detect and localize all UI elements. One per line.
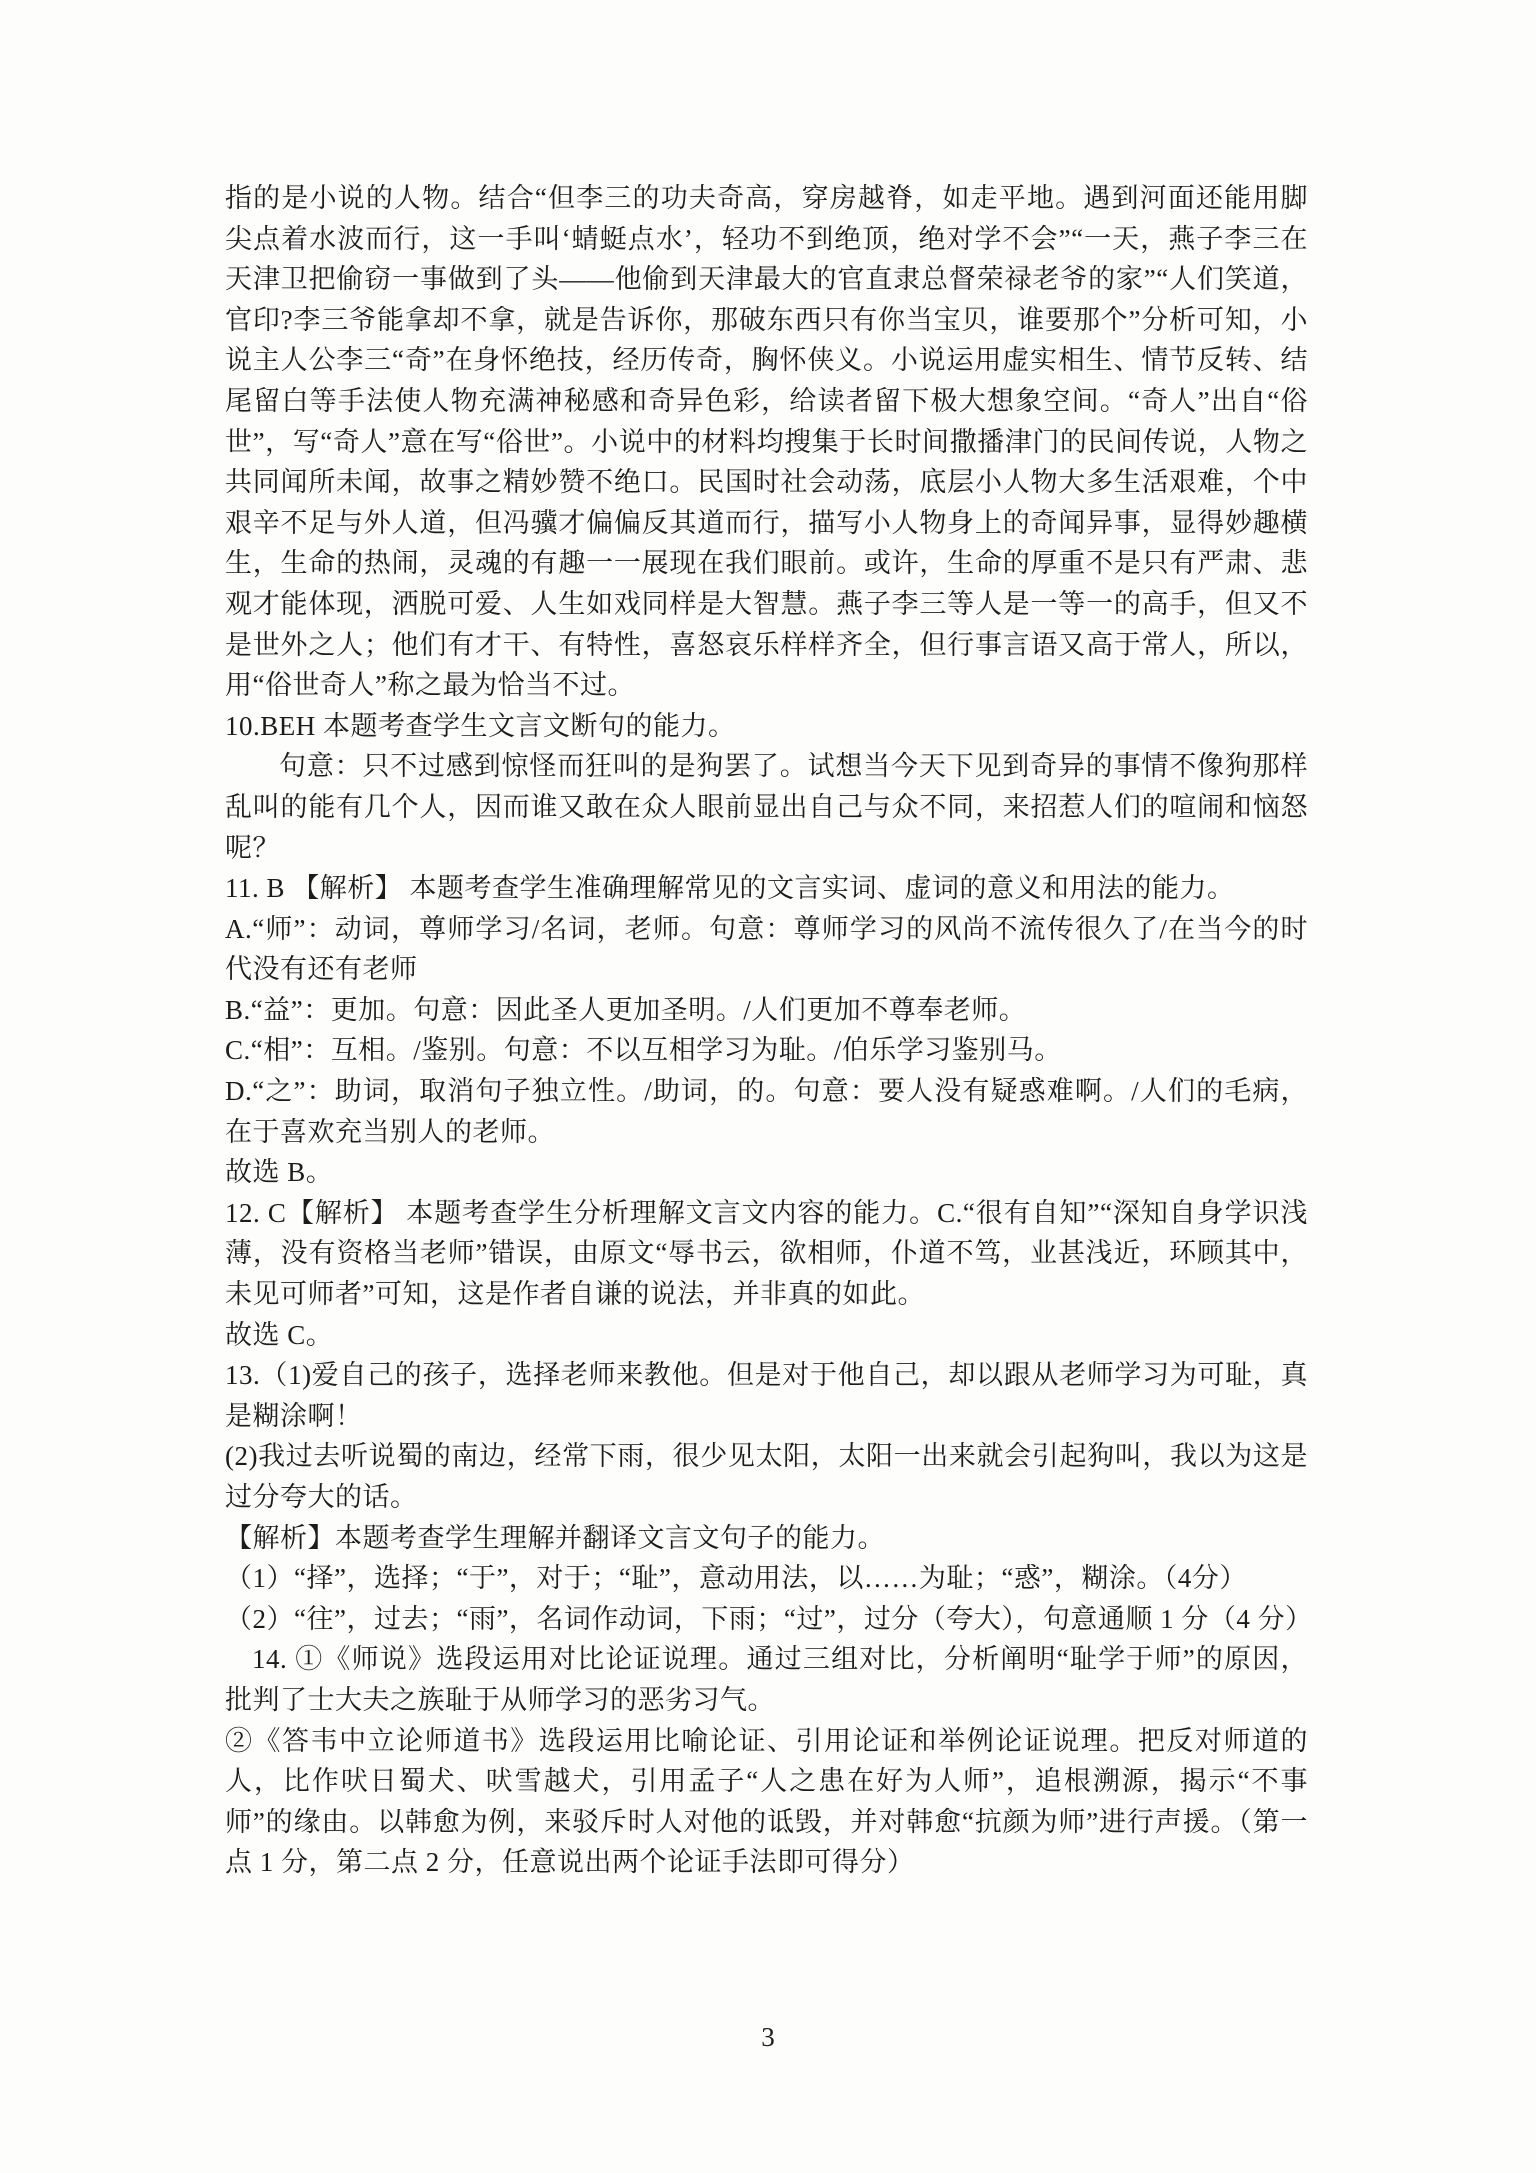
paragraph-q12-conclusion: 故选 C。 <box>225 1315 1308 1356</box>
document-page: 指的是小说的人物。结合“但李三的功夫奇高，穿房越脊，如走平地。遇到河面还能用脚尖… <box>0 0 1536 2173</box>
page-number: 3 <box>0 2022 1536 2053</box>
paragraph-q11-option-b: B.“益”：更加。句意：因此圣人更加圣明。/人们更加不尊奉老师。 <box>225 990 1308 1031</box>
answer-key-text-block: 指的是小说的人物。结合“但李三的功夫奇高，穿房越脊，如走平地。遇到河面还能用脚尖… <box>225 178 1308 1883</box>
paragraph-q10-answer: 10.BEH 本题考查学生文言文断句的能力。 <box>225 706 1308 747</box>
paragraph-q14-point-1: 14. ①《师说》选段运用对比论证说理。通过三组对比，分析阐明“耻学于师”的原因… <box>225 1639 1308 1720</box>
paragraph-q11-option-c: C.“相”：互相。/鉴别。句意：不以互相学习为耻。/伯乐学习鉴别马。 <box>225 1030 1308 1071</box>
paragraph-q11-option-d: D.“之”：助词，取消句子独立性。/助词，的。句意：要人没有疑惑难啊。/人们的毛… <box>225 1071 1308 1152</box>
paragraph-q11-answer: 11. B 【解析】 本题考查学生准确理解常见的文言实词、虚词的意义和用法的能力… <box>225 868 1308 909</box>
paragraph-q11-option-a: A.“师”：动词，尊师学习/名词，老师。句意：尊师学习的风尚不流传很久了/在当今… <box>225 909 1308 990</box>
paragraph-q13-scoring-2: （2）“往”，过去；“雨”，名词作动词，下雨；“过”，过分（夸大），句意通顺 1… <box>225 1599 1308 1640</box>
paragraph-q13-scoring-1: （1）“择”，选择；“于”，对于；“耻”，意动用法，以……为耻；“惑”，糊涂。（… <box>225 1558 1308 1599</box>
paragraph-q13-translation-2: (2)我过去听说蜀的南边，经常下雨，很少见太阳，太阳一出来就会引起狗叫，我以为这… <box>225 1436 1308 1517</box>
paragraph-q10-sentence-meaning: 句意：只不过感到惊怪而狂叫的是狗罢了。试想当今天下见到奇异的事情不像狗那样乱叫的… <box>225 746 1308 868</box>
paragraph-q13-translation-1: 13.（1)爱自己的孩子，选择老师来教他。但是对于他自己，却以跟从老师学习为可耻… <box>225 1355 1308 1436</box>
paragraph-q11-conclusion: 故选 B。 <box>225 1152 1308 1193</box>
paragraph-q14-point-2: ②《答韦中立论师道书》选段运用比喻论证、引用论证和举例论证说理。把反对师道的人，… <box>225 1721 1308 1883</box>
paragraph-q13-analysis-heading: 【解析】本题考查学生理解并翻译文言文句子的能力。 <box>225 1518 1308 1559</box>
paragraph-q12-answer: 12. C【解析】 本题考查学生分析理解文言文内容的能力。C.“很有自知”“深知… <box>225 1193 1308 1315</box>
paragraph-novel-analysis: 指的是小说的人物。结合“但李三的功夫奇高，穿房越脊，如走平地。遇到河面还能用脚尖… <box>225 178 1308 706</box>
